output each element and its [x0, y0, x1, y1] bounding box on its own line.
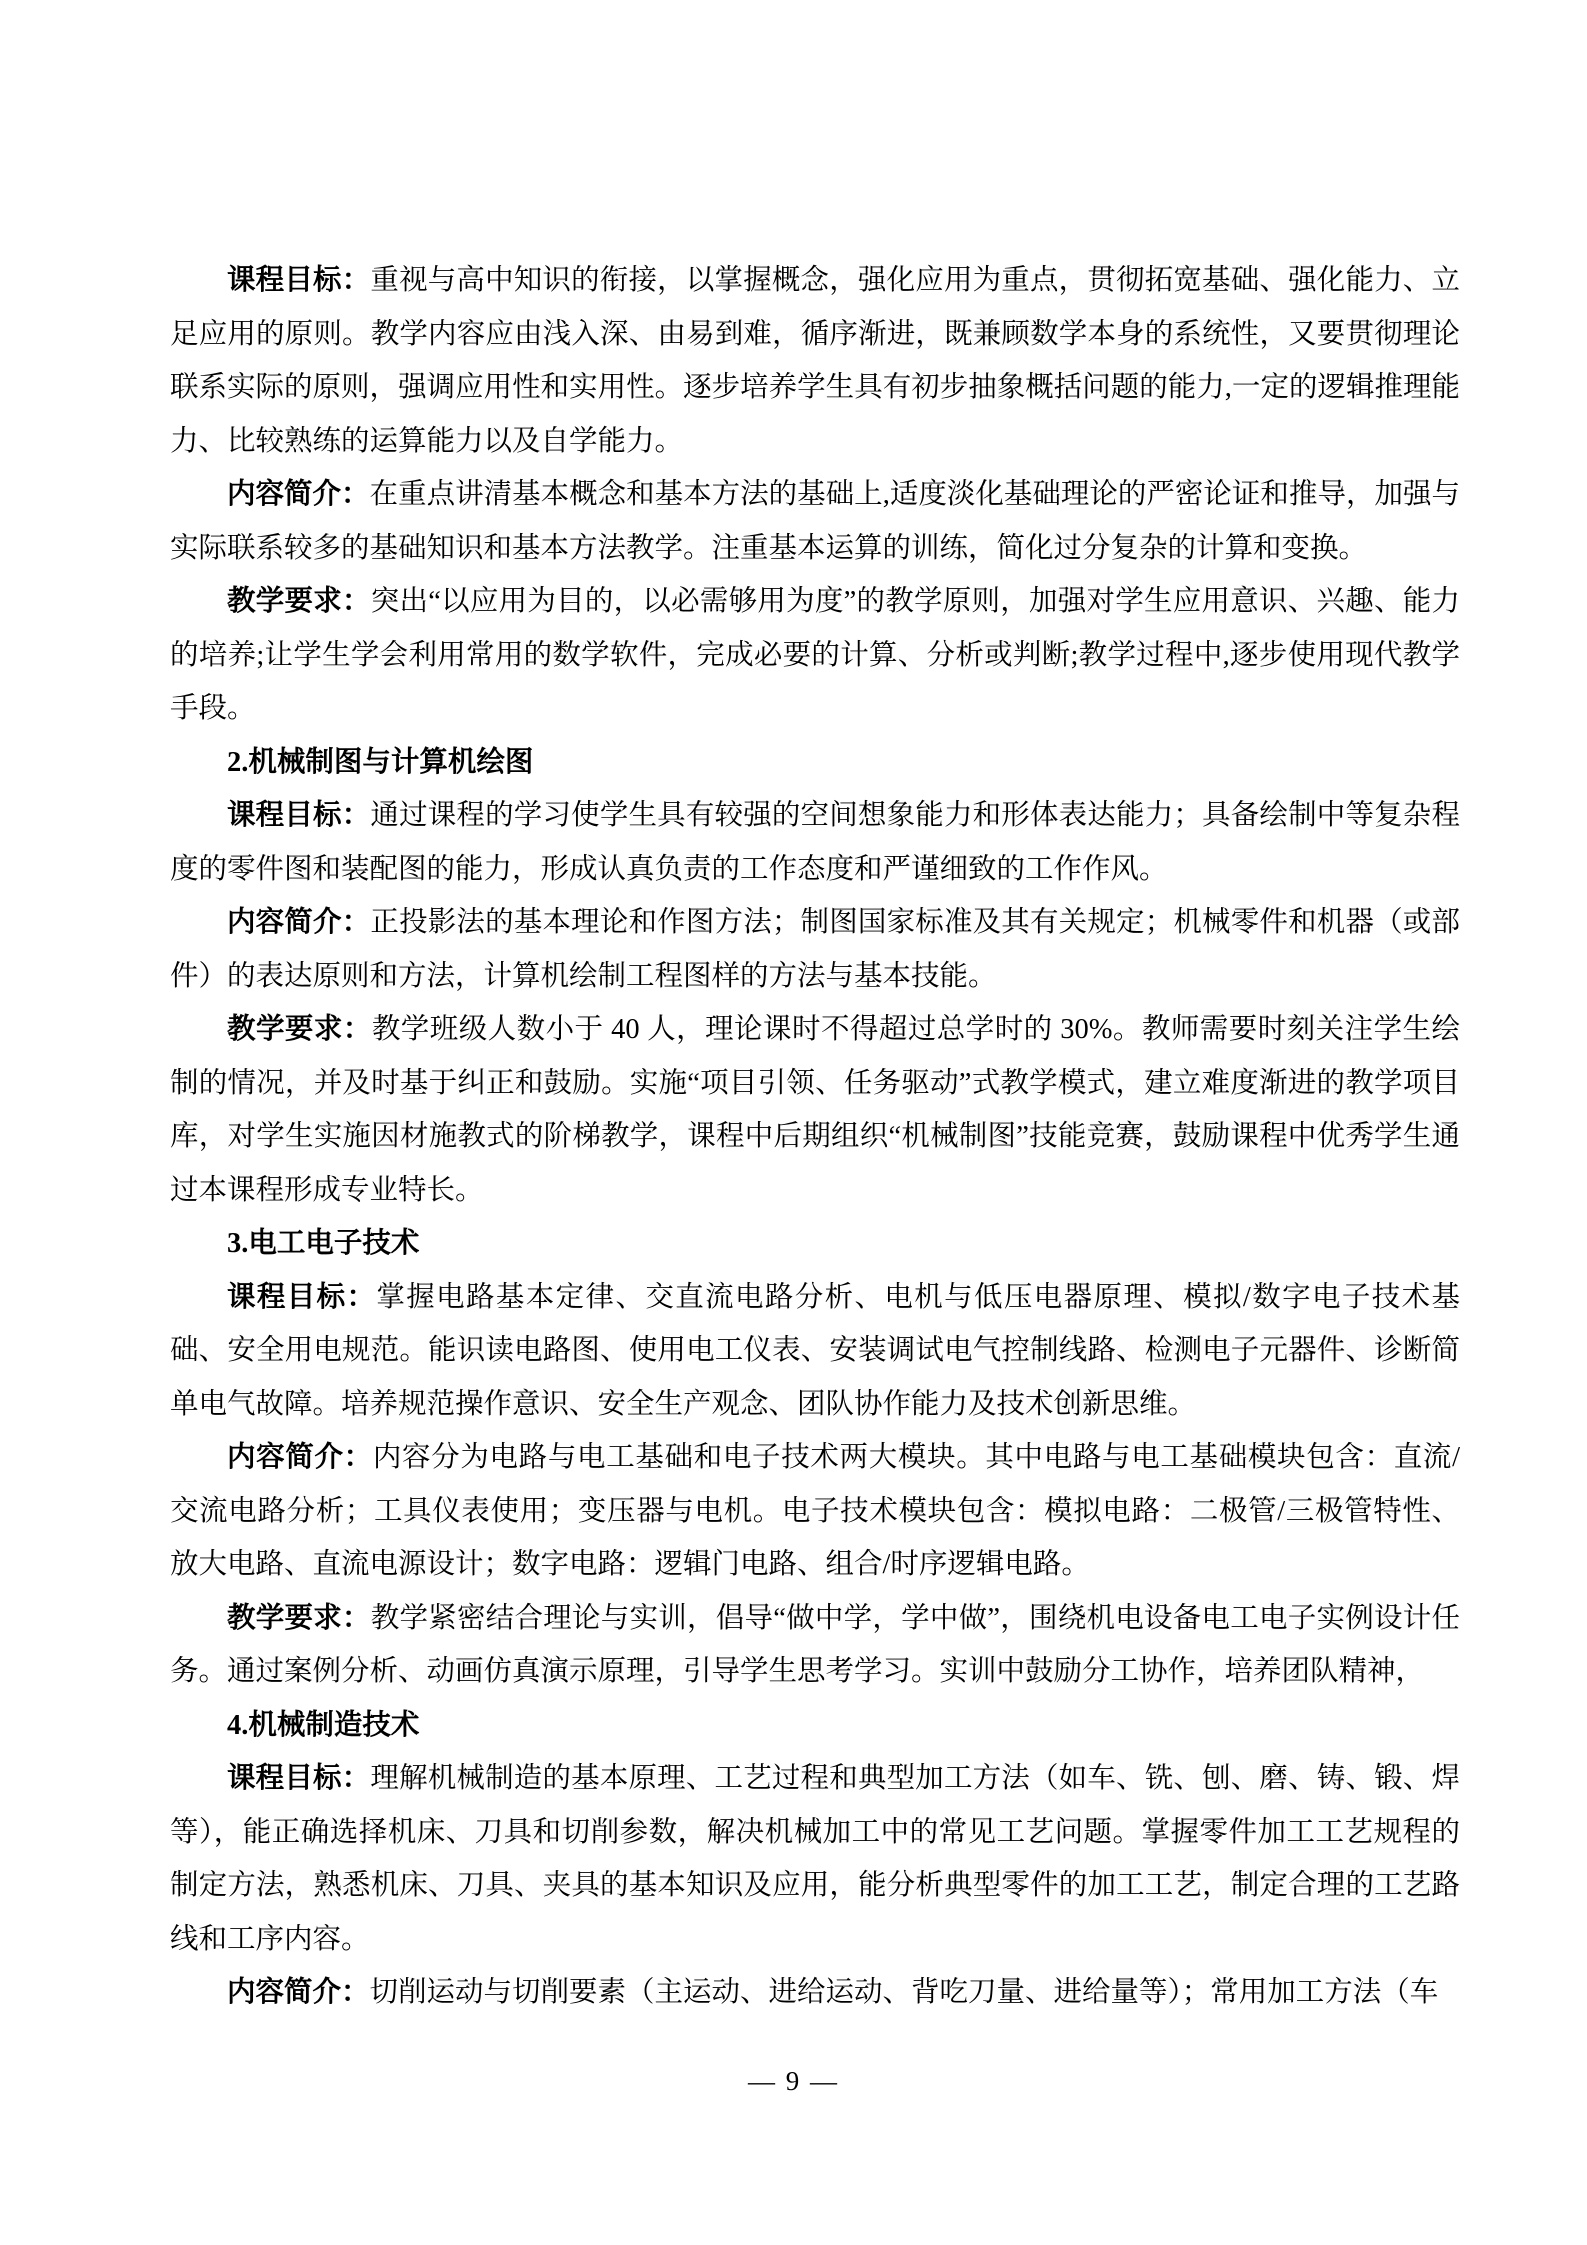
paragraph-label: 内容简介： — [227, 479, 370, 510]
document-page: 课程目标：重视与高中知识的衔接，以掌握概念，强化应用为重点，贯彻拓宽基础、强化能… — [0, 0, 1587, 2245]
section-heading-2-mechanical-drawing: 2.机械制图与计算机绘图 — [170, 736, 1460, 790]
paragraph-electrical-teaching-requirements: 教学要求：教学紧密结合理论与实训，倡导“做中学，学中做”，围绕机电设备电工电子实… — [170, 1592, 1460, 1699]
paragraph-drawing-course-goal: 课程目标：通过课程的学习使学生具有较强的空间想象能力和形体表达能力；具备绘制中等… — [170, 789, 1460, 896]
paragraph-manufacturing-course-goal: 课程目标：理解机械制造的基本原理、工艺过程和典型加工方法（如车、铣、刨、磨、铸、… — [170, 1752, 1460, 1966]
section-heading-3-electrical-electronics: 3.电工电子技术 — [170, 1217, 1460, 1271]
paragraph-label: 内容简介： — [227, 1442, 373, 1473]
page-content: 课程目标：重视与高中知识的衔接，以掌握概念，强化应用为重点，贯彻拓宽基础、强化能… — [170, 254, 1460, 2020]
paragraph-manufacturing-content-intro: 内容简介：切削运动与切削要素（主运动、进给运动、背吃刀量、进给量等）；常用加工方… — [170, 1966, 1460, 2020]
paragraph-label: 教学要求： — [227, 1603, 371, 1634]
paragraph-label: 课程目标： — [227, 800, 370, 831]
page-number: — 9 — — [0, 2066, 1587, 2097]
paragraph-label: 内容简介： — [227, 1977, 370, 2008]
paragraph-drawing-teaching-requirements: 教学要求：教学班级人数小于 40 人，理论课时不得超过总学时的 30%。教师需要… — [170, 1003, 1460, 1217]
paragraph-electrical-content-intro: 内容简介：内容分为电路与电工基础和电子技术两大模块。其中电路与电工基础模块包含：… — [170, 1431, 1460, 1592]
paragraph-math-course-goal: 课程目标：重视与高中知识的衔接，以掌握概念，强化应用为重点，贯彻拓宽基础、强化能… — [170, 254, 1460, 468]
paragraph-label: 教学要求： — [227, 586, 371, 617]
paragraph-drawing-content-intro: 内容简介：正投影法的基本理论和作图方法；制图国家标准及其有关规定；机械零件和机器… — [170, 896, 1460, 1003]
paragraph-label: 课程目标： — [227, 1763, 370, 1794]
paragraph-text: 切削运动与切削要素（主运动、进给运动、背吃刀量、进给量等）；常用加工方法（车 — [370, 1977, 1439, 2008]
paragraph-label: 教学要求： — [227, 1014, 372, 1045]
paragraph-math-teaching-requirements: 教学要求：突出“以应用为目的，以必需够用为度”的教学原则，加强对学生应用意识、兴… — [170, 575, 1460, 736]
paragraph-math-content-intro: 内容简介：在重点讲清基本概念和基本方法的基础上,适度淡化基础理论的严密论证和推导… — [170, 468, 1460, 575]
section-heading-4-manufacturing-technology: 4.机械制造技术 — [170, 1699, 1460, 1753]
paragraph-label: 内容简介： — [227, 907, 370, 938]
paragraph-label: 课程目标： — [227, 1282, 376, 1313]
paragraph-label: 课程目标： — [227, 265, 370, 296]
paragraph-electrical-course-goal: 课程目标：掌握电路基本定律、交直流电路分析、电机与低压电器原理、模拟/数字电子技… — [170, 1271, 1460, 1432]
